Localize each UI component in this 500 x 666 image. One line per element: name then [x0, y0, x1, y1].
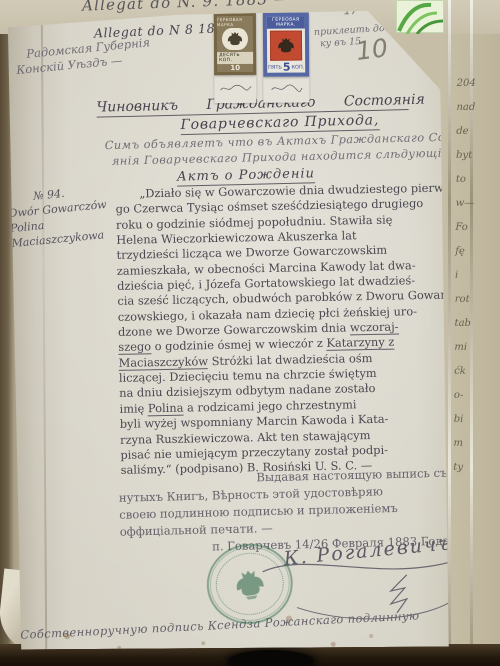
- edge-word-fragment: rot: [455, 294, 499, 305]
- edge-word-fragment: nad: [456, 102, 500, 113]
- edge-word-fragment: bi: [454, 414, 498, 425]
- page-edge-highlight: [448, 0, 451, 666]
- stamp-value-word: ПЯТЬ: [268, 65, 282, 71]
- stamp-value-number: 10: [230, 64, 240, 72]
- stamp-value-row: ПЯТЬ 5 КОП.: [268, 63, 304, 73]
- stamp-cancel-tab-left: [214, 75, 256, 103]
- dark-spot: [228, 650, 314, 666]
- header-title-line2: Говарчевскаго Прихода,: [180, 112, 379, 135]
- cancel-squiggle-icon: [269, 83, 303, 97]
- edge-word-fragment: Fo: [455, 222, 499, 233]
- revenue-stamp-10kop: ГЕРБОВАЯ МАРКА ДЕСЯТЬ КОП. 10: [214, 13, 256, 75]
- green-stamp-fragment: [396, 0, 444, 33]
- edge-word-fragment: o-: [454, 390, 498, 401]
- edge-word-fragment: w—: [456, 198, 500, 209]
- edge-word-fragment: to: [456, 174, 500, 185]
- cancel-squiggle-icon: [218, 82, 252, 96]
- edge-word-fragment: tab: [455, 318, 499, 329]
- edge-word-fragment: fę: [455, 246, 499, 257]
- edge-word-fragment: 204: [457, 78, 500, 89]
- stamp-value-number: 5: [283, 63, 291, 73]
- seal-eagle-icon: [229, 564, 272, 603]
- eagle-emblem-icon: [222, 28, 248, 50]
- foxing-spots: [52, 627, 54, 629]
- edge-word-fragment: ty: [453, 462, 497, 473]
- edge-word-fragment: mi: [454, 342, 498, 353]
- body-lines: „Działo się w Gowarczowie dnia dwudziest…: [115, 180, 457, 478]
- edge-word-fragment: byt: [456, 150, 500, 161]
- document-page: Allegat do N 8 1883 r. Радомская Губерні…: [8, 6, 462, 649]
- vertical-fold-line: [41, 9, 47, 649]
- stamp-banner: ГЕРБОВАЯ МАРКА: [217, 17, 253, 27]
- edge-word-fragment: de: [456, 126, 500, 137]
- edge-word-fragment: i: [455, 270, 499, 281]
- stamp-cancel-tab-right: [263, 76, 309, 102]
- stamp-value-text: ДЕСЯТЬ КОП.: [217, 52, 253, 64]
- eagle-emblem-icon: [270, 31, 302, 61]
- stamp-value-unit: КОП.: [291, 65, 304, 71]
- underlying-page-fragments: 204naddebyttow—Fofęirottabmićko-bimty: [453, 78, 500, 473]
- edge-word-fragment: ćk: [454, 366, 498, 377]
- stamp-banner: ГЕРБОВАЯ МАРКА.: [267, 17, 305, 29]
- photograph-of-archival-document: Allegat do N. 9. 1883 — 204naddebyttow—F…: [0, 0, 500, 666]
- revenue-stamp-5kop: ГЕРБОВАЯ МАРКА. ПЯТЬ 5 КОП.: [263, 12, 309, 76]
- edge-word-fragment: m: [453, 438, 497, 449]
